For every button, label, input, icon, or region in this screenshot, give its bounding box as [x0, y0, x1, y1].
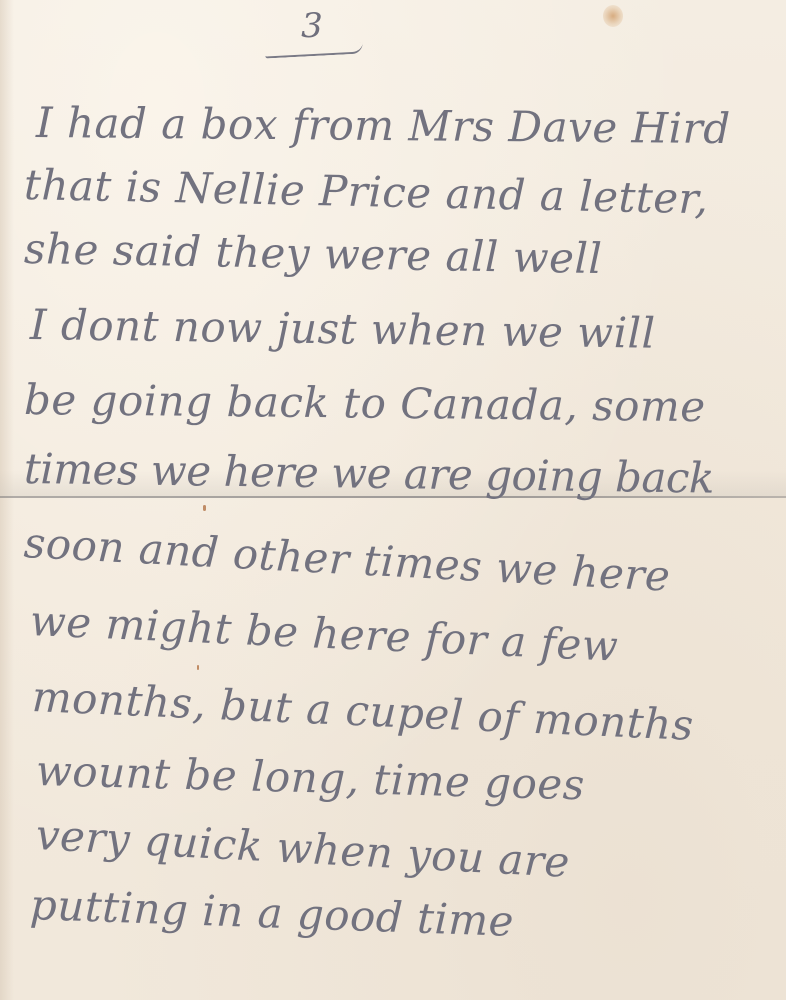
handwritten-line: be going back to Canada, some — [24, 375, 706, 431]
handwritten-line: times we here we are going back — [24, 444, 715, 503]
paper-edge-shading — [0, 0, 14, 1000]
paper-speck — [203, 505, 206, 511]
handwritten-line: I had a box from Mrs Dave Hird — [36, 98, 731, 153]
handwritten-line: she said they were all well — [24, 224, 603, 283]
paper-speck — [197, 665, 199, 670]
paper-stain — [603, 5, 623, 27]
handwritten-line: I dont now just when we will — [30, 300, 656, 358]
page-number: 3 — [262, 6, 362, 46]
